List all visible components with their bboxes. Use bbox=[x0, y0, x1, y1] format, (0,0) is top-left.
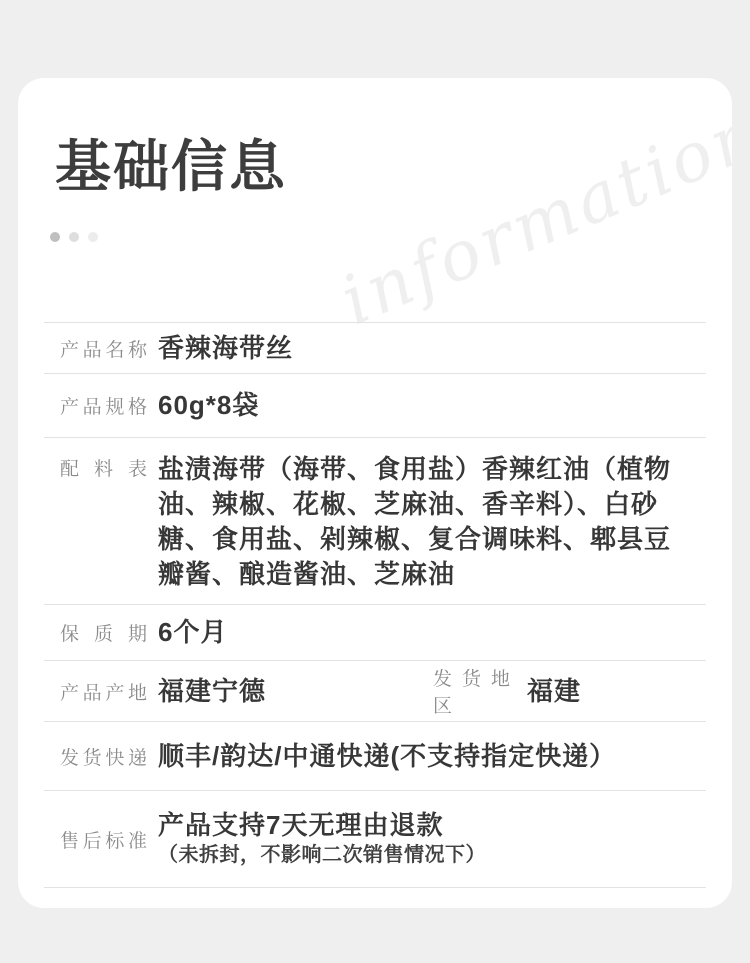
row-value: 福建宁德 bbox=[158, 675, 266, 708]
dot-icon bbox=[88, 232, 98, 242]
row-value: 顺丰/韵达/中通快递(不支持指定快递） bbox=[158, 740, 616, 773]
product-info-table: 产品名称 香辣海带丝 产品规格 60g*8袋 配料表 盐渍海带（海带、食用盐）香… bbox=[44, 322, 706, 888]
row-value-note: （未拆封，不影响二次销售情况下） bbox=[158, 842, 486, 869]
row-origin: 产品产地 福建宁德 发货地区 福建 bbox=[44, 661, 706, 722]
information-watermark: information bbox=[330, 94, 732, 341]
title-dots bbox=[50, 232, 732, 242]
row-shelf-life: 保质期 6个月 bbox=[44, 605, 706, 661]
row-courier: 发货快递 顺丰/韵达/中通快递(不支持指定快递） bbox=[44, 722, 706, 791]
row-value: 福建 bbox=[527, 675, 581, 708]
row-after-sales: 售后标准 产品支持7天无理由退款 （未拆封，不影响二次销售情况下） bbox=[44, 791, 706, 888]
row-value: 香辣海带丝 bbox=[158, 332, 293, 365]
row-product-spec: 产品规格 60g*8袋 bbox=[44, 374, 706, 438]
after-sales-values: 产品支持7天无理由退款 （未拆封，不影响二次销售情况下） bbox=[158, 810, 486, 869]
row-label: 产品名称 bbox=[60, 335, 148, 362]
row-value: 6个月 bbox=[158, 616, 227, 649]
row-value: 盐渍海带（海带、食用盐）香辣红油（植物油、辣椒、花椒、芝麻油、香辛料）、白砂糖、… bbox=[158, 452, 679, 592]
row-value: 产品支持7天无理由退款 bbox=[158, 810, 486, 840]
row-label: 发货地区 bbox=[433, 664, 511, 718]
row-label: 配料表 bbox=[60, 452, 148, 487]
dot-icon bbox=[50, 232, 60, 242]
row-label: 发货快递 bbox=[60, 743, 148, 770]
row-label: 产品产地 bbox=[60, 678, 148, 705]
row-value: 60g*8袋 bbox=[158, 389, 259, 422]
section-title: 基础信息 bbox=[55, 135, 732, 199]
row-product-name: 产品名称 香辣海带丝 bbox=[44, 322, 706, 374]
shipping-region-pair: 发货地区 福建 bbox=[433, 661, 581, 721]
row-label: 保质期 bbox=[60, 619, 148, 646]
dot-icon bbox=[69, 232, 79, 242]
product-info-card: information 基础信息 产品名称 香辣海带丝 产品规格 60g*8袋 … bbox=[18, 78, 732, 908]
row-ingredients: 配料表 盐渍海带（海带、食用盐）香辣红油（植物油、辣椒、花椒、芝麻油、香辛料）、… bbox=[44, 438, 706, 605]
row-label: 产品规格 bbox=[60, 392, 148, 419]
row-label: 售后标准 bbox=[60, 826, 148, 853]
